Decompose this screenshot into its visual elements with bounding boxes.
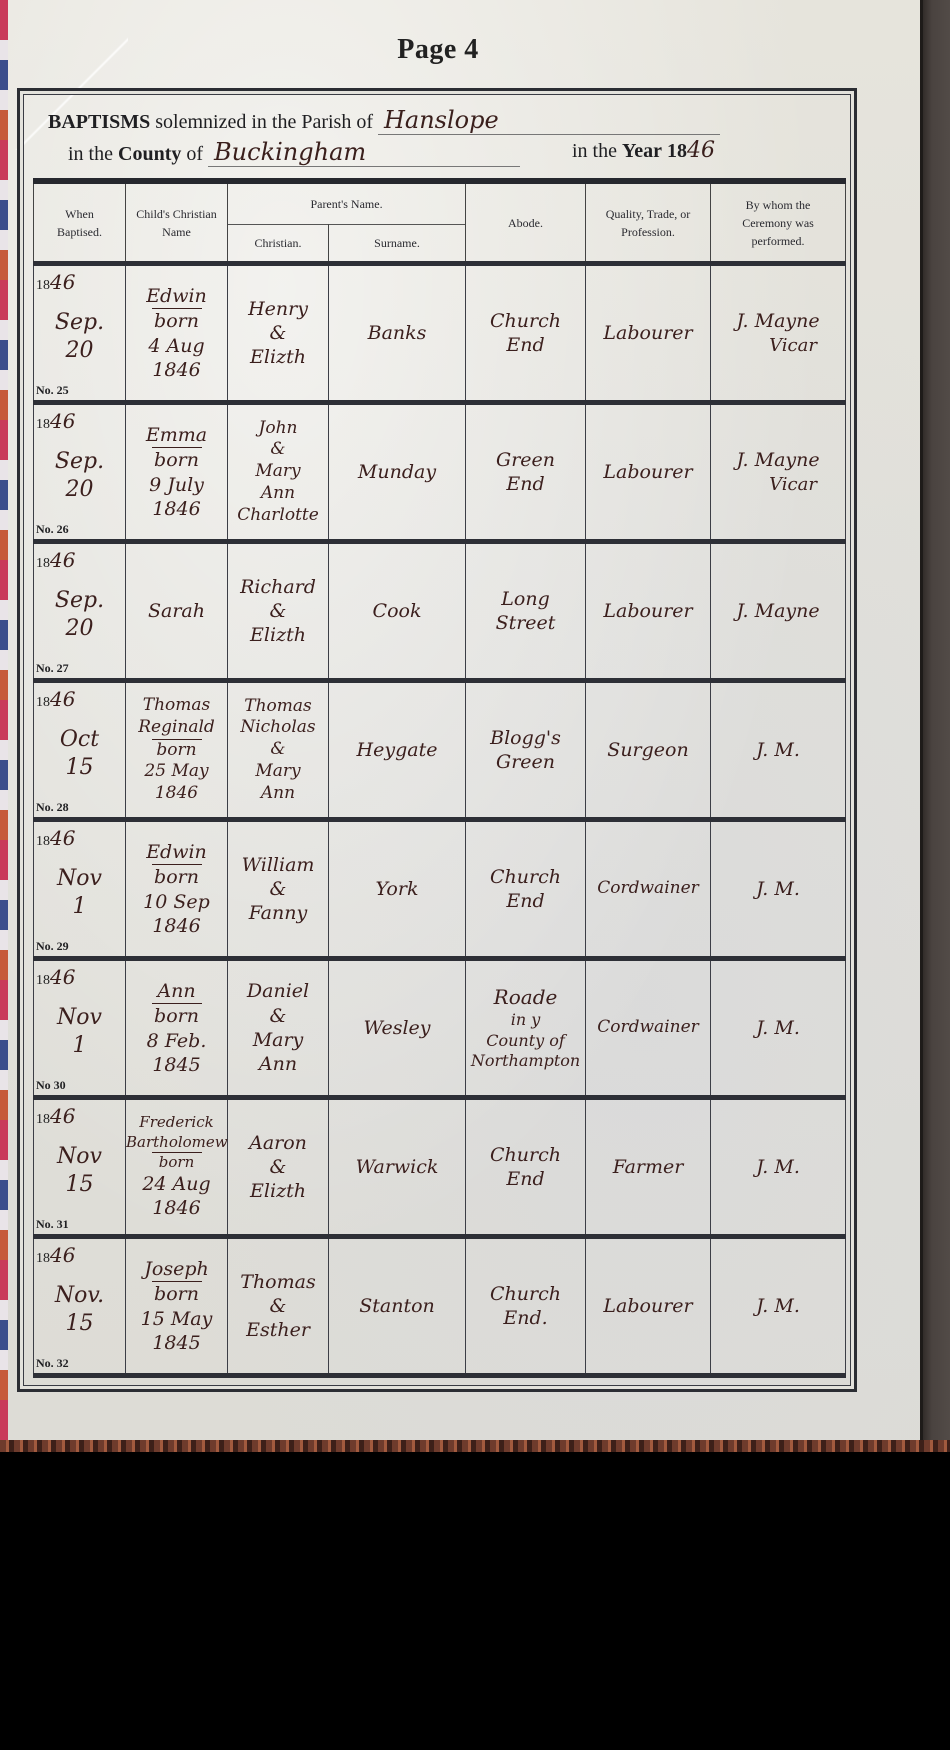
abode-line: End. [466,1306,585,1330]
cell-abode: Blogg's Green [466,681,586,820]
cell-by-whom: J. Mayne [711,542,846,681]
birth-date: 24 Aug [126,1172,227,1196]
officiant-signature: J. M. [756,1295,800,1317]
cell-parents-christian: Henry & Elizth [228,264,329,403]
register-entry-row: 1846 Nov 15 No. 31 Frederick Bartholomew… [34,1098,846,1237]
officiant-signature: J. M. [756,1017,800,1039]
year-written: 46 [50,270,75,294]
cell-by-whom: J. M. [711,681,846,820]
child-name: Edwin [126,840,227,864]
col-header-abode: Abode. [466,181,586,264]
ampersand: & [228,1294,328,1318]
entry-month: Oct [34,726,125,754]
born-label: born [126,309,227,333]
entry-number: No. 28 [36,800,69,815]
col-header-child: Child's Christian Name [126,181,228,264]
entry-month: Nov. [34,1282,125,1310]
heading-year-label: Year [622,140,662,162]
birth-year: 1846 [126,783,227,805]
entry-year: 1846 [36,1243,75,1269]
cell-when-baptised: 1846 Sep. 20 No. 27 [34,542,126,681]
child-name: Reginald [126,717,227,739]
born-label: born [126,1153,227,1172]
cell-quality: Labourer [586,403,711,542]
cell-surname: Cook [329,542,466,681]
book-cover-edge [920,0,950,1445]
year-printed: 18 [36,278,50,293]
child-name: Edwin [126,284,227,308]
entry-day: 1 [34,893,125,921]
cell-surname: Wesley [329,959,466,1098]
officiant-title: Vicar [711,334,845,357]
abode-line: Church [466,309,585,333]
mother-name: Elizth [228,345,328,369]
officiant-signature: J. Mayne [736,600,819,622]
birth-year: 1846 [126,1196,227,1220]
entry-month: Nov [34,1004,125,1032]
child-name: Frederick [126,1113,227,1132]
birth-year: 1845 [126,1053,227,1077]
year-printed: 18 [36,695,50,710]
abode-line: County of [466,1031,585,1051]
mother-name: Mary [228,461,328,483]
ampersand: & [228,599,328,623]
col-header-when: When Baptised. [34,181,126,264]
entry-month: Nov [34,1143,125,1171]
abode-line: Church [466,865,585,889]
col-header-parents: Parent's Name. [228,181,466,225]
register-entry-row: 1846 Sep. 20 No. 25 Edwin born 4 Aug 184… [34,264,846,403]
mother-name: Elizth [228,623,328,647]
heading-county-label: County [118,143,181,165]
register-entry-row: 1846 Sep. 20 No. 26 Emma born 9 July 184… [34,403,846,542]
mother-name: Ann [228,783,328,805]
heading-line-parish: BAPTISMS solemnized in the Parish of Han… [48,106,720,135]
cell-quality: Labourer [586,1237,711,1376]
entry-number: No. 25 [36,383,69,398]
abode-line: End [466,889,585,913]
cell-quality: Labourer [586,264,711,403]
officiant-signature: J. M. [756,878,800,900]
cell-by-whom: J. M. [711,1237,846,1376]
ampersand: & [228,739,328,761]
page-title: Page 4 [8,34,868,66]
entry-number: No. 26 [36,522,69,537]
officiant-signature: J. Mayne [736,310,819,332]
child-name: Emma [126,423,227,447]
mother-name: Esther [228,1318,328,1342]
entry-month: Sep. [34,309,125,337]
entry-day: 1 [34,1032,125,1060]
year-written: 46 [50,965,75,989]
col-header-quality: Quality, Trade, or Profession. [586,181,711,264]
cell-when-baptised: 1846 Oct 15 No. 28 [34,681,126,820]
birth-year: 1846 [126,497,227,521]
cell-abode: Roade in y County of Northampton [466,959,586,1098]
register-entry-row: 1846 Nov 1 No 30 Ann born 8 Feb. 1845 Da… [34,959,846,1098]
entry-day: 20 [34,337,125,365]
abode-line: Blogg's [466,726,585,750]
entry-number: No. 32 [36,1356,69,1371]
entry-day: 15 [34,1171,125,1199]
abode-line: Church [466,1282,585,1306]
entry-number: No. 29 [36,939,69,954]
abode-line: Street [466,611,585,635]
cell-by-whom: J. Mayne Vicar [711,403,846,542]
child-name: Ann [126,979,227,1003]
register-heading: BAPTISMS solemnized in the Parish of Han… [30,100,840,174]
cell-surname: Banks [329,264,466,403]
born-label: born [126,448,227,472]
entry-month: Sep. [34,448,125,476]
entry-number: No. 31 [36,1217,69,1232]
entry-day: 15 [34,1310,125,1338]
register-entry-row: 1846 Sep. 20 No. 27 Sarah Richard & Eliz… [34,542,846,681]
ampersand: & [228,1155,328,1179]
father-name: Richard [228,575,328,599]
father-name: Aaron [228,1131,328,1155]
mother-name: Charlotte [228,505,328,527]
abode-line: Green [466,750,585,774]
book-bottom-edge [0,1440,950,1452]
officiant-signature: J. M. [756,739,800,761]
cell-by-whom: J. Mayne Vicar [711,264,846,403]
cell-abode: Church End. [466,1237,586,1376]
cell-parents-christian: Aaron & Elizth [228,1098,329,1237]
cell-parents-christian: Thomas Nicholas & Mary Ann [228,681,329,820]
father-name: Daniel [228,979,328,1003]
year-written: 46 [50,687,75,711]
heading-baptisms-label: BAPTISMS [48,111,150,133]
book-spine-edge [0,0,8,1445]
cell-surname: Heygate [329,681,466,820]
father-name: Henry [228,297,328,321]
entry-month: Nov [34,865,125,893]
cell-by-whom: J. M. [711,820,846,959]
heading-parish-label: solemnized in the Parish of [155,111,373,133]
cell-surname: Stanton [329,1237,466,1376]
cell-surname: York [329,820,466,959]
year-printed: 18 [36,834,50,849]
cell-parents-christian: Thomas & Esther [228,1237,329,1376]
cell-parents-christian: John & Mary Ann Charlotte [228,403,329,542]
cell-by-whom: J. M. [711,1098,846,1237]
born-label: born [126,740,227,762]
year-printed: 18 [36,556,50,571]
register-entry-row: 1846 Nov 1 No. 29 Edwin born 10 Sep 1846… [34,820,846,959]
entry-year: 1846 [36,409,75,435]
mother-name: Fanny [228,901,328,925]
ampersand: & [228,321,328,345]
abode-line: End [466,472,585,496]
heading-year-printed: 18 [667,140,687,162]
cell-when-baptised: 1846 Nov 1 No. 29 [34,820,126,959]
abode-line: in y [466,1010,585,1030]
year-written: 46 [50,1243,75,1267]
year-printed: 18 [36,417,50,432]
ampersand: & [228,439,328,461]
child-name: Sarah [126,599,227,623]
birth-date: 10 Sep [126,890,227,914]
cell-when-baptised: 1846 Nov 15 No. 31 [34,1098,126,1237]
mother-name: Elizth [228,1179,328,1203]
cell-quality: Cordwainer [586,820,711,959]
born-label: born [126,1004,227,1028]
cell-child-name: Sarah [126,542,228,681]
entry-number: No 30 [36,1078,66,1093]
cell-child-name: Edwin born 10 Sep 1846 [126,820,228,959]
cell-surname: Munday [329,403,466,542]
born-label: born [126,1282,227,1306]
year-written: 46 [50,826,75,850]
father-name: Nicholas [228,717,328,739]
col-header-parent-christian: Christian. [228,225,329,264]
mother-name: Ann [228,483,328,505]
cell-quality: Surgeon [586,681,711,820]
cell-abode: Green End [466,403,586,542]
mother-name: Mary [228,1028,328,1052]
register-entry-row: 1846 Oct 15 No. 28 Thomas Reginald born … [34,681,846,820]
child-name: Joseph [126,1257,227,1281]
father-name: John [228,418,328,440]
mother-name: Ann [228,1052,328,1076]
mother-name: Mary [228,761,328,783]
cell-when-baptised: 1846 Sep. 20 No. 25 [34,264,126,403]
cell-parents-christian: William & Fanny [228,820,329,959]
entry-year: 1846 [36,548,75,574]
birth-year: 1846 [126,914,227,938]
cell-abode: Long Street [466,542,586,681]
cell-quality: Labourer [586,542,711,681]
abode-line: Long [466,587,585,611]
father-name: Thomas [228,696,328,718]
birth-year: 1846 [126,358,227,382]
cell-by-whom: J. M. [711,959,846,1098]
cell-when-baptised: 1846 Sep. 20 No. 26 [34,403,126,542]
cell-surname: Warwick [329,1098,466,1237]
cell-child-name: Emma born 9 July 1846 [126,403,228,542]
abode-line: Church [466,1143,585,1167]
birth-date: 9 July [126,473,227,497]
heading-in-the: in the [68,143,113,165]
ampersand: & [228,1004,328,1028]
birth-date: 4 Aug [126,334,227,358]
year-printed: 18 [36,1112,50,1127]
entry-year: 1846 [36,826,75,852]
register-entry-row: 1846 Nov. 15 No. 32 Joseph born 15 May 1… [34,1237,846,1376]
heading-line-year: in the Year 1846 [572,138,715,163]
entry-year: 1846 [36,687,75,713]
birth-date: 8 Feb. [126,1029,227,1053]
abode-line: Northampton [466,1051,585,1071]
heading-year-in-the: in the [572,140,617,162]
abode-line: Green [466,448,585,472]
baptism-register-table: When Baptised. Child's Christian Name Pa… [33,178,846,1378]
entry-month: Sep. [34,587,125,615]
born-label: born [126,865,227,889]
birth-date: 15 May [126,1307,227,1331]
cell-child-name: Thomas Reginald born 25 May 1846 [126,681,228,820]
cell-quality: Farmer [586,1098,711,1237]
officiant-signature: J. M. [756,1156,800,1178]
birth-year: 1845 [126,1331,227,1355]
heading-year-written: 46 [687,138,715,163]
col-header-by-whom: By whom the Ceremony was performed. [711,181,846,264]
cell-parents-christian: Richard & Elizth [228,542,329,681]
entry-year: 1846 [36,965,75,991]
parish-name: Hanslope [378,106,720,135]
abode-line: Roade [466,985,585,1011]
abode-line: End [466,333,585,357]
entry-day: 20 [34,615,125,643]
year-printed: 18 [36,1251,50,1266]
county-name: Buckingham [208,138,520,167]
father-name: Thomas [228,1270,328,1294]
year-printed: 18 [36,973,50,988]
abode-line: End [466,1167,585,1191]
cell-abode: Church End [466,264,586,403]
officiant-signature: J. Mayne [736,449,819,471]
cell-quality: Cordwainer [586,959,711,1098]
entry-number: No. 27 [36,661,69,676]
entry-year: 1846 [36,270,75,296]
heading-of: of [186,143,203,165]
entry-day: 15 [34,754,125,782]
cell-abode: Church End [466,820,586,959]
year-written: 46 [50,409,75,433]
cell-parents-christian: Daniel & Mary Ann [228,959,329,1098]
cell-child-name: Joseph born 15 May 1845 [126,1237,228,1376]
ampersand: & [228,877,328,901]
entry-day: 20 [34,476,125,504]
child-name: Bartholomew [126,1133,227,1152]
cell-child-name: Edwin born 4 Aug 1846 [126,264,228,403]
cell-child-name: Frederick Bartholomew born 24 Aug 1846 [126,1098,228,1237]
cell-child-name: Ann born 8 Feb. 1845 [126,959,228,1098]
cell-when-baptised: 1846 Nov 1 No 30 [34,959,126,1098]
birth-date: 25 May [126,761,227,783]
officiant-title: Vicar [711,473,845,496]
child-name: Thomas [126,695,227,717]
father-name: William [228,853,328,877]
entry-year: 1846 [36,1104,75,1130]
year-written: 46 [50,1104,75,1128]
cell-when-baptised: 1846 Nov. 15 No. 32 [34,1237,126,1376]
col-header-parent-surname: Surname. [329,225,466,264]
year-written: 46 [50,548,75,572]
heading-line-county: in the County of Buckingham [68,138,520,167]
cell-abode: Church End [466,1098,586,1237]
